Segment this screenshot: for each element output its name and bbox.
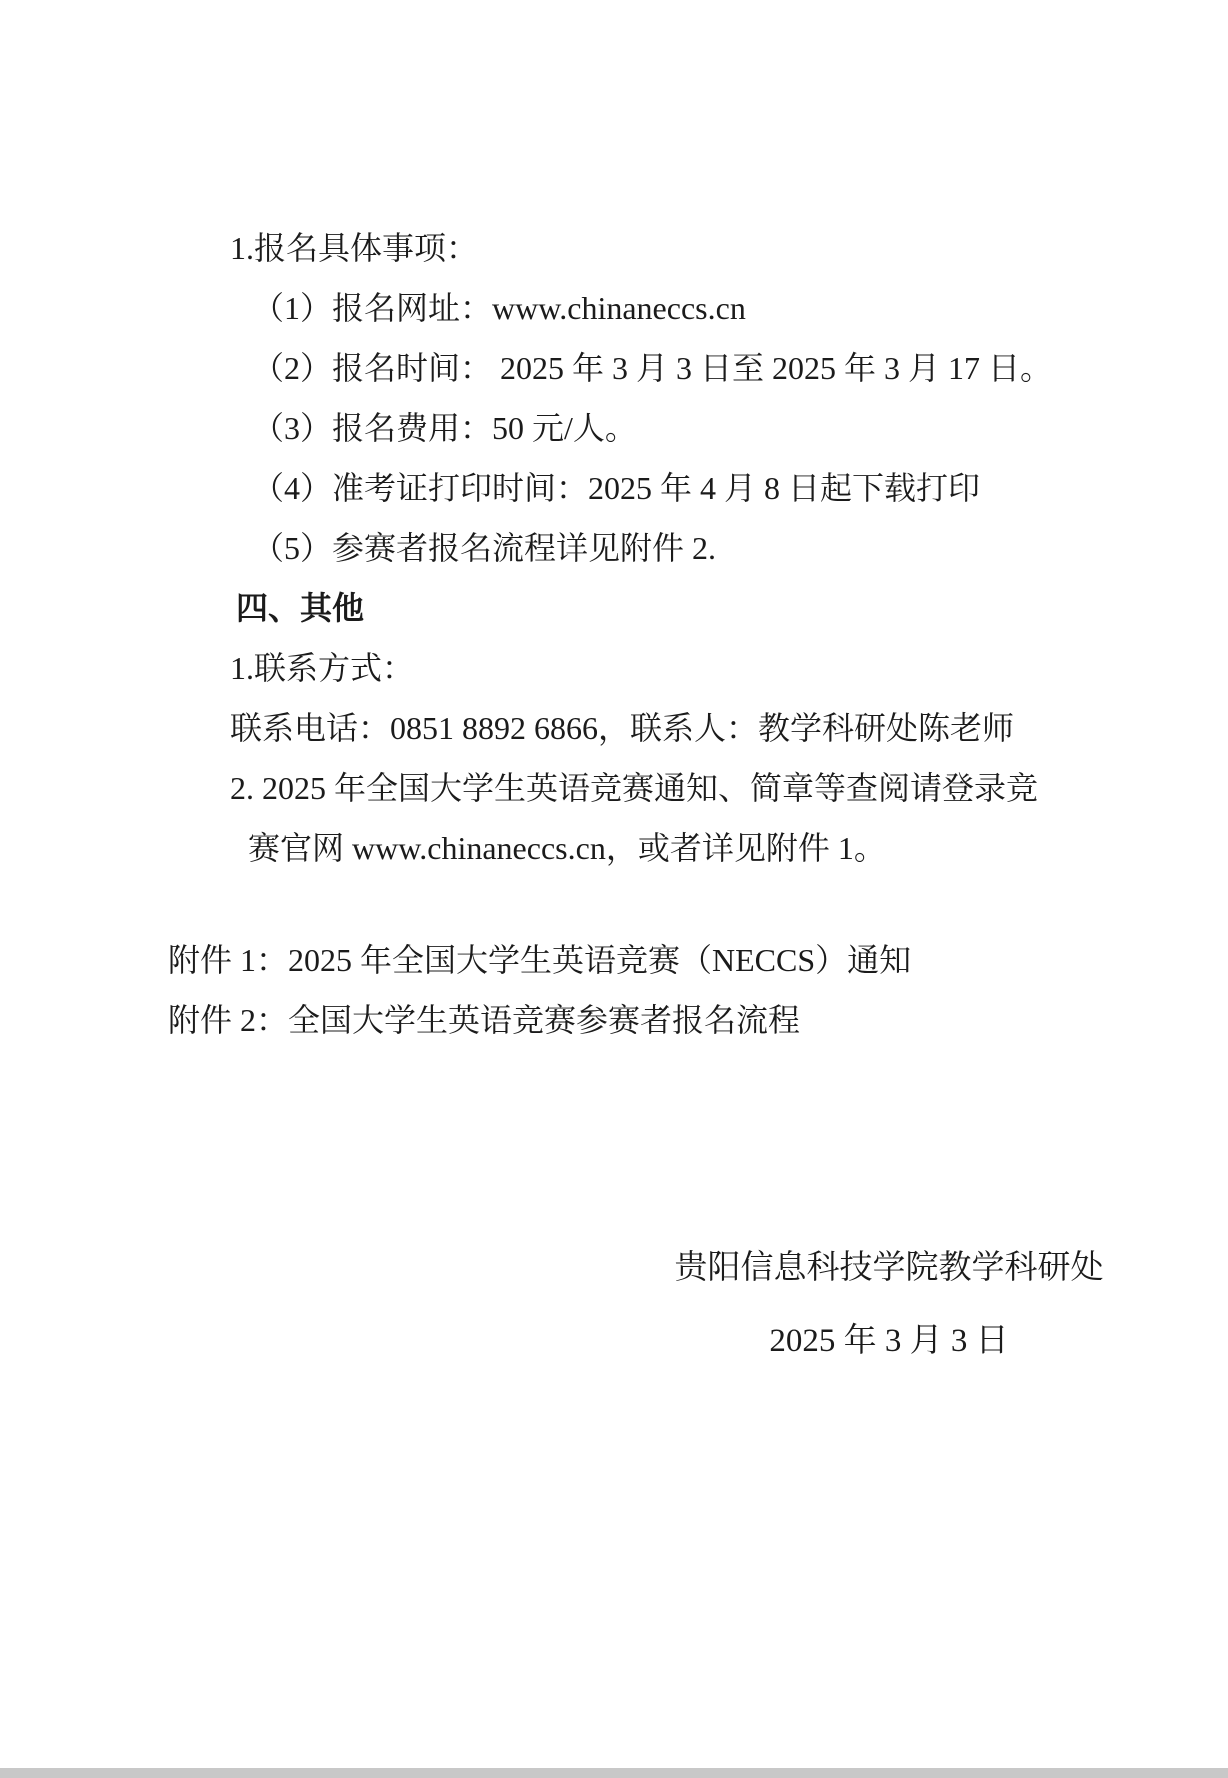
- document-line: 附件 1：2025 年全国大学生英语竞赛（NECCS）通知: [168, 930, 1124, 990]
- document-line: （4）准考证打印时间：2025 年 4 月 8 日起下载打印: [168, 458, 1124, 518]
- signature-date: 2025 年 3 月 3 日: [654, 1305, 1124, 1378]
- document-line: 1.联系方式：: [168, 638, 1124, 698]
- document-line: （2）报名时间： 2025 年 3 月 3 日至 2025 年 3 月 17 日…: [168, 338, 1124, 398]
- document-body: 1.报名具体事项：（1）报名网址：www.chinaneccs.cn（2）报名时…: [168, 218, 1124, 1050]
- document-line: 四、其他: [168, 578, 1124, 638]
- document-line: 2. 2025 年全国大学生英语竞赛通知、简章等查阅请登录竞: [168, 758, 1124, 818]
- document-line: 联系电话：0851 8892 6866，联系人：教学科研处陈老师: [168, 698, 1124, 758]
- document-page: 1.报名具体事项：（1）报名网址：www.chinaneccs.cn（2）报名时…: [0, 0, 1228, 1378]
- document-line: 赛官网 www.chinaneccs.cn，或者详见附件 1。: [168, 818, 1124, 878]
- signature-block: 贵阳信息科技学院教学科研处 2025 年 3 月 3 日: [654, 1232, 1124, 1378]
- document-line: （1）报名网址：www.chinaneccs.cn: [168, 278, 1124, 338]
- page-bottom-edge: [0, 1768, 1228, 1778]
- document-line: （3）报名费用：50 元/人。: [168, 398, 1124, 458]
- signature-org: 贵阳信息科技学院教学科研处: [654, 1232, 1124, 1305]
- document-line: （5）参赛者报名流程详见附件 2.: [168, 518, 1124, 578]
- document-line: 附件 2：全国大学生英语竞赛参赛者报名流程: [168, 990, 1124, 1050]
- document-line: 1.报名具体事项：: [168, 218, 1124, 278]
